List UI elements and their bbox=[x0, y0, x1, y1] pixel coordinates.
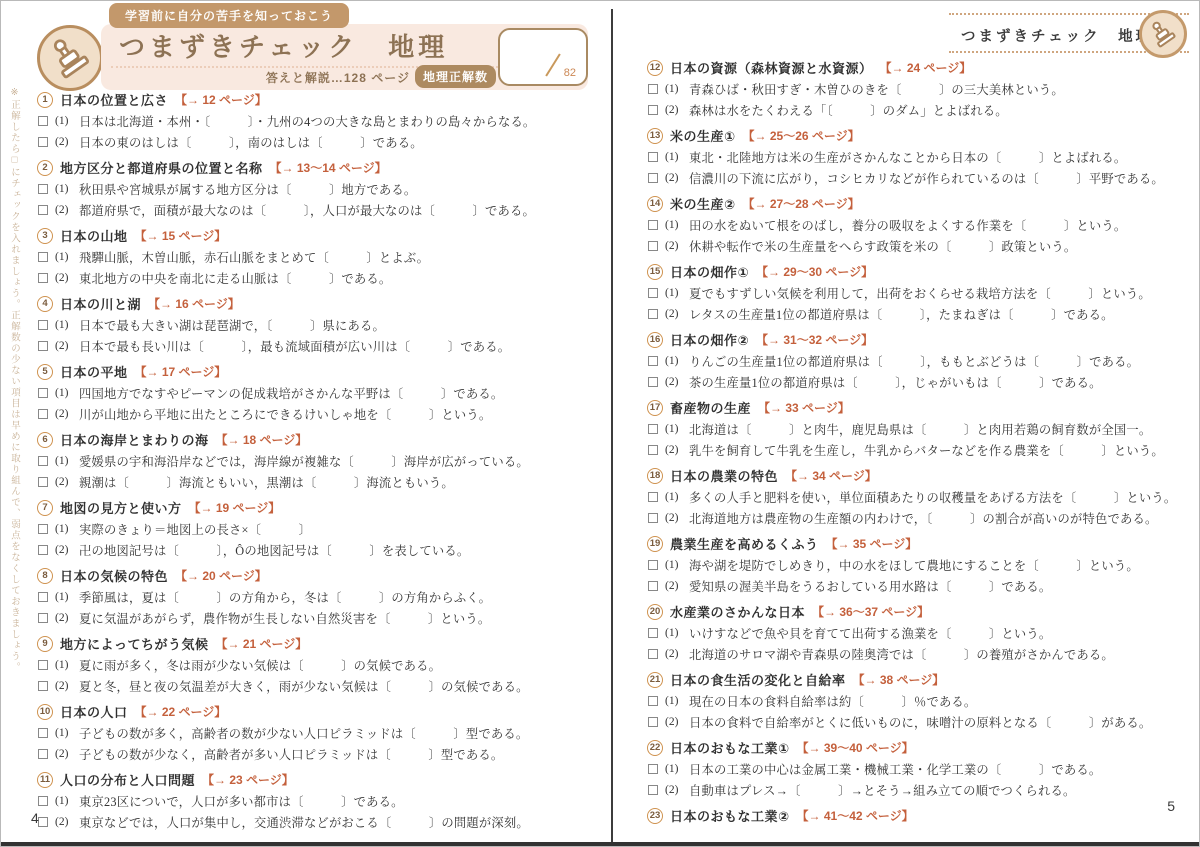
section-page-reference: 【→ 38 ページ】 bbox=[853, 671, 945, 688]
item-text: 夏に雨が多く，冬は雨が少ない気候は〔 〕の気候である。 bbox=[79, 656, 441, 674]
answer-checkbox[interactable] bbox=[648, 152, 658, 162]
answer-checkbox[interactable] bbox=[648, 356, 658, 366]
section-items: (1) 東京23区についで，人口が多い都市は〔 〕である。 (2) 東京などでは… bbox=[37, 790, 597, 832]
answer-checkbox[interactable] bbox=[38, 184, 48, 194]
item-number: (1) bbox=[55, 659, 79, 671]
section-title: 地図の見方と使い方 bbox=[60, 498, 182, 517]
section-title: 日本の山地 bbox=[60, 226, 128, 245]
page-left: ※正解したら□にチェックを入れましょう。正解数の少ない項目は早めに取り組んで、弱… bbox=[1, 1, 611, 847]
stamp-icon bbox=[37, 25, 103, 91]
question-item: (2) 日本の食料で自給率がとくに低いものに，味噌汁の原料となる〔 〕がある。 bbox=[647, 711, 1199, 732]
item-number: (1) bbox=[55, 319, 79, 331]
question-section: 13 米の生産① 【→ 25〜26 ページ】 (1) 東北・北陸地方は米の生産が… bbox=[647, 125, 1199, 188]
item-text: レタスの生産量1位の都道府県は〔 〕，たまねぎは〔 〕である。 bbox=[689, 305, 1114, 323]
item-number: (2) bbox=[55, 680, 79, 692]
section-page-reference: 【→ 31〜32 ページ】 bbox=[756, 331, 873, 348]
answer-checkbox[interactable] bbox=[648, 309, 658, 319]
section-title: 日本の海岸とまわりの海 bbox=[60, 430, 209, 449]
item-text: 東京23区についで，人口が多い都市は〔 〕である。 bbox=[79, 792, 404, 810]
section-title: 地方区分と都道府県の位置と名称 bbox=[60, 158, 263, 177]
question-section: 4 日本の川と湖 【→ 16 ページ】 (1) 日本で最も大きい湖は琵琶湖で，〔… bbox=[37, 293, 597, 356]
question-item: (1) 東京23区についで，人口が多い都市は〔 〕である。 bbox=[37, 790, 597, 811]
answer-checkbox[interactable] bbox=[648, 105, 658, 115]
section-number-badge: 9 bbox=[37, 636, 53, 652]
answer-checkbox[interactable] bbox=[38, 137, 48, 147]
section-items: (1) 海や湖を堤防でしめきり，中の水をほして農地にすることを〔 〕という。 (… bbox=[647, 554, 1199, 596]
section-page-reference: 【→ 13〜14 ページ】 bbox=[270, 159, 387, 176]
answer-checkbox[interactable] bbox=[38, 749, 48, 759]
question-list-left: 1 日本の位置と広さ 【→ 12 ページ】 (1) 日本は北海道・本州・〔 〕・… bbox=[37, 89, 597, 837]
question-item: (1) 田の水をぬいて根をのばし，養分の吸収をよくする作業を〔 〕という。 bbox=[647, 214, 1199, 235]
section-title: 日本の資源（森林資源と水資源） bbox=[670, 58, 873, 77]
item-number: (2) bbox=[55, 748, 79, 760]
answer-checkbox[interactable] bbox=[648, 424, 658, 434]
section-title: 日本の食生活の変化と自給率 bbox=[670, 670, 846, 689]
item-text: 茶の生産量1位の都道府県は〔 〕，じゃがいもは〔 〕である。 bbox=[689, 373, 1102, 391]
question-item: (1) 季節風は，夏は〔 〕の方角から，冬は〔 〕の方角からふく。 bbox=[37, 586, 597, 607]
answer-checkbox[interactable] bbox=[648, 445, 658, 455]
section-number-badge: 7 bbox=[37, 500, 53, 516]
section-items: (1) 田の水をぬいて根をのばし，養分の吸収をよくする作業を〔 〕という。 (2… bbox=[647, 214, 1199, 256]
section-items: (1) 多くの人手と肥料を使い，単位面積あたりの収穫量をあげる方法を〔 〕という… bbox=[647, 486, 1199, 528]
item-number: (2) bbox=[55, 816, 79, 828]
running-header: つまずきチェック 地理 bbox=[949, 13, 1189, 53]
question-item: (2) 子どもの数が少なく，高齢者が多い人口ピラミッドは〔 〕型である。 bbox=[37, 743, 597, 764]
question-item: (1) 夏でもすずしい気候を利用して，出荷をおくらせる栽培方法を〔 〕という。 bbox=[647, 282, 1199, 303]
answer-checkbox[interactable] bbox=[38, 660, 48, 670]
section-items: (1) 北海道は〔 〕と肉牛，鹿児島県は〔 〕と肉用若鶏の飼育数が全国一。 (2… bbox=[647, 418, 1199, 460]
question-item: (2) レタスの生産量1位の都道府県は〔 〕，たまねぎは〔 〕である。 bbox=[647, 303, 1199, 324]
section-page-reference: 【→ 33 ページ】 bbox=[758, 399, 850, 416]
item-number: (1) bbox=[55, 727, 79, 739]
question-section: 17 畜産物の生産 【→ 33 ページ】 (1) 北海道は〔 〕と肉牛，鹿児島県… bbox=[647, 397, 1199, 460]
section-title: 日本の気候の特色 bbox=[60, 566, 168, 585]
item-text: 森林は水をたくわえる「〔 〕のダム」とよばれる。 bbox=[689, 101, 1008, 119]
item-number: (2) bbox=[55, 476, 79, 488]
item-text: 秋田県や宮城県が属する地方区分は〔 〕地方である。 bbox=[79, 180, 416, 198]
section-number-badge: 23 bbox=[647, 808, 663, 824]
question-section: 6 日本の海岸とまわりの海 【→ 18 ページ】 (1) 愛媛県の宇和海沿岸など… bbox=[37, 429, 597, 492]
section-page-reference: 【→ 22 ページ】 bbox=[135, 703, 227, 720]
answer-checkbox[interactable] bbox=[38, 456, 48, 466]
item-text: 子どもの数が多く，高齢者の数が少ない人口ピラミッドは〔 〕型である。 bbox=[79, 724, 528, 742]
section-page-reference: 【→ 39〜40 ページ】 bbox=[797, 739, 914, 756]
lesson-purpose-badge: 学習前に自分の苦手を知っておこう bbox=[109, 3, 349, 28]
item-number: (1) bbox=[665, 491, 689, 503]
section-page-reference: 【→ 35 ページ】 bbox=[826, 535, 918, 552]
item-number: (1) bbox=[55, 795, 79, 807]
question-item: (1) 日本は北海道・本州・〔 〕・九州の4つの大きな島とまわりの島々からなる。 bbox=[37, 110, 597, 131]
question-item: (2) 北海道地方は農産物の生産額の内わけで，〔 〕の割合が高いのが特色である。 bbox=[647, 507, 1199, 528]
section-page-reference: 【→ 34 ページ】 bbox=[785, 467, 877, 484]
item-number: (1) bbox=[665, 423, 689, 435]
item-text: 子どもの数が少なく，高齢者が多い人口ピラミッドは〔 〕型である。 bbox=[79, 745, 503, 763]
section-title: 米の生産② bbox=[670, 194, 736, 213]
section-number-badge: 16 bbox=[647, 332, 663, 348]
section-items: (1) 日本の工業の中心は金属工業・機械工業・化学工業の〔 〕である。 (2) … bbox=[647, 758, 1199, 800]
section-items: (1) いけすなどで魚や貝を育てて出荷する漁業を〔 〕という。 (2) 北海道の… bbox=[647, 622, 1199, 664]
stamp-icon-small bbox=[1139, 10, 1187, 58]
item-text: 実際のきょり＝地図上の長さ×〔 〕 bbox=[79, 520, 311, 538]
item-text: 青森ひば・秋田すぎ・木曽ひのきを〔 〕の三大美林という。 bbox=[689, 80, 1064, 98]
item-text: 休耕や転作で米の生産量をへらす政策を米の〔 〕政策という。 bbox=[689, 237, 1076, 255]
answer-checkbox[interactable] bbox=[38, 545, 48, 555]
answer-checkbox[interactable] bbox=[648, 696, 658, 706]
item-number: (2) bbox=[665, 716, 689, 728]
answer-checkbox[interactable] bbox=[648, 628, 658, 638]
item-number: (1) bbox=[665, 627, 689, 639]
item-text: 信濃川の下流に広がり，コシヒカリなどが作られているのは〔 〕平野である。 bbox=[689, 169, 1164, 187]
answer-checkbox[interactable] bbox=[648, 581, 658, 591]
section-number-badge: 12 bbox=[647, 60, 663, 76]
item-number: (2) bbox=[55, 612, 79, 624]
section-number-badge: 5 bbox=[37, 364, 53, 380]
question-section: 10 日本の人口 【→ 22 ページ】 (1) 子どもの数が多く，高齢者の数が少… bbox=[37, 701, 597, 764]
item-text: 北海道のサロマ湖や青森県の陸奥湾では〔 〕の養殖がさかんである。 bbox=[689, 645, 1114, 663]
section-page-reference: 【→ 41〜42 ページ】 bbox=[797, 807, 914, 824]
item-text: 親潮は〔 〕海流ともいい，黒潮は〔 〕海流ともいう。 bbox=[79, 473, 454, 491]
workbook-spread: ※正解したら□にチェックを入れましょう。正解数の少ない項目は早めに取り組んで、弱… bbox=[0, 0, 1200, 847]
item-text: 季節風は，夏は〔 〕の方角から，冬は〔 〕の方角からふく。 bbox=[79, 588, 491, 606]
item-number: (1) bbox=[665, 219, 689, 231]
question-item: (2) 乳牛を飼育して牛乳を生産し，牛乳からバターなどを作る農業を〔 〕という。 bbox=[647, 439, 1199, 460]
section-items: (1) 秋田県や宮城県が属する地方区分は〔 〕地方である。 (2) 都道府県で，… bbox=[37, 178, 597, 220]
item-text: 北海道は〔 〕と肉牛，鹿児島県は〔 〕と肉用若鶏の飼育数が全国一。 bbox=[689, 420, 1151, 438]
item-text: 夏に気温があがらず，農作物が生長しない自然災害を〔 〕という。 bbox=[79, 609, 490, 627]
section-title: 人口の分布と人口問題 bbox=[60, 770, 195, 789]
section-title: 畜産物の生産 bbox=[670, 398, 751, 417]
section-page-reference: 【→ 20 ページ】 bbox=[175, 567, 267, 584]
answer-checkbox[interactable] bbox=[38, 205, 48, 215]
question-item: (2) 卍の地図記号は〔 〕，Ôの地図記号は〔 〕を表している。 bbox=[37, 539, 597, 560]
section-page-reference: 【→ 23 ページ】 bbox=[202, 771, 294, 788]
question-item: (2) 日本で最も長い川は〔 〕，最も流域面積が広い川は〔 〕である。 bbox=[37, 335, 597, 356]
section-page-reference: 【→ 21 ページ】 bbox=[216, 635, 308, 652]
question-item: (1) 青森ひば・秋田すぎ・木曽ひのきを〔 〕の三大美林という。 bbox=[647, 78, 1199, 99]
page-number-right: 5 bbox=[1167, 798, 1175, 814]
item-number: (1) bbox=[55, 455, 79, 467]
item-text: 四国地方でなすやピーマンの促成栽培がさかんな平野は〔 〕である。 bbox=[79, 384, 503, 402]
section-items: (1) 東北・北陸地方は米の生産がさかんなことから日本の〔 〕とよばれる。 (2… bbox=[647, 146, 1199, 188]
item-number: (1) bbox=[665, 355, 689, 367]
item-number: (2) bbox=[665, 512, 689, 524]
item-number: (2) bbox=[55, 340, 79, 352]
question-section: 16 日本の畑作② 【→ 31〜32 ページ】 (1) りんごの生産量1位の都道… bbox=[647, 329, 1199, 392]
section-items: (1) 夏でもすずしい気候を利用して，出荷をおくらせる栽培方法を〔 〕という。 … bbox=[647, 282, 1199, 324]
item-number: (2) bbox=[665, 648, 689, 660]
question-item: (1) 現在の日本の食料自給率は約〔 〕％である。 bbox=[647, 690, 1199, 711]
question-item: (1) 多くの人手と肥料を使い，単位面積あたりの収穫量をあげる方法を〔 〕という… bbox=[647, 486, 1199, 507]
answer-checkbox[interactable] bbox=[38, 116, 48, 126]
margin-note: ※正解したら□にチェックを入れましょう。正解数の少ない項目は早めに取り組んで、弱… bbox=[7, 87, 21, 687]
question-item: (2) 親潮は〔 〕海流ともいい，黒潮は〔 〕海流ともいう。 bbox=[37, 471, 597, 492]
item-number: (1) bbox=[665, 151, 689, 163]
question-item: (1) 秋田県や宮城県が属する地方区分は〔 〕地方である。 bbox=[37, 178, 597, 199]
question-item: (2) 川が山地から平地に出たところにできるけいしゃ地を〔 〕という。 bbox=[37, 403, 597, 424]
item-number: (1) bbox=[665, 83, 689, 95]
item-text: 東京などでは，人口が集中し，交通渋滞などがおこる〔 〕の問題が深刻。 bbox=[79, 813, 529, 831]
section-page-reference: 【→ 29〜30 ページ】 bbox=[756, 263, 873, 280]
question-list-right: 12 日本の資源（森林資源と水資源） 【→ 24 ページ】 (1) 青森ひば・秋… bbox=[647, 57, 1199, 831]
section-items: (1) 夏に雨が多く，冬は雨が少ない気候は〔 〕の気候である。 (2) 夏と冬，… bbox=[37, 654, 597, 696]
section-title: 日本の人口 bbox=[60, 702, 128, 721]
section-items: (1) 日本は北海道・本州・〔 〕・九州の4つの大きな島とまわりの島々からなる。… bbox=[37, 110, 597, 152]
answer-checkbox[interactable] bbox=[648, 220, 658, 230]
question-section: 11 人口の分布と人口問題 【→ 23 ページ】 (1) 東京23区についで，人… bbox=[37, 769, 597, 832]
question-section: 15 日本の畑作① 【→ 29〜30 ページ】 (1) 夏でもすずしい気候を利用… bbox=[647, 261, 1199, 324]
item-number: (1) bbox=[55, 387, 79, 399]
question-item: (2) 都道府県で，面積が最大なのは〔 〕，人口が最大なのは〔 〕である。 bbox=[37, 199, 597, 220]
section-page-reference: 【→ 27〜28 ページ】 bbox=[743, 195, 860, 212]
section-number-badge: 20 bbox=[647, 604, 663, 620]
question-item: (2) 休耕や転作で米の生産量をへらす政策を米の〔 〕政策という。 bbox=[647, 235, 1199, 256]
question-item: (2) 森林は水をたくわえる「〔 〕のダム」とよばれる。 bbox=[647, 99, 1199, 120]
answer-checkbox[interactable] bbox=[38, 341, 48, 351]
question-item: (1) 東北・北陸地方は米の生産がさかんなことから日本の〔 〕とよばれる。 bbox=[647, 146, 1199, 167]
section-number-badge: 19 bbox=[647, 536, 663, 552]
section-items: (1) 子どもの数が多く，高齢者の数が少ない人口ピラミッドは〔 〕型である。 (… bbox=[37, 722, 597, 764]
answer-checkbox[interactable] bbox=[38, 409, 48, 419]
section-number-badge: 2 bbox=[37, 160, 53, 176]
section-number-badge: 6 bbox=[37, 432, 53, 448]
score-total: 82 bbox=[564, 67, 576, 79]
answer-checkbox[interactable] bbox=[38, 320, 48, 330]
item-text: 現在の日本の食料自給率は約〔 〕％である。 bbox=[689, 692, 976, 710]
answer-checkbox[interactable] bbox=[38, 273, 48, 283]
item-number: (1) bbox=[665, 695, 689, 707]
section-page-reference: 【→ 19 ページ】 bbox=[189, 499, 281, 516]
item-text: 日本の工業の中心は金属工業・機械工業・化学工業の〔 〕である。 bbox=[689, 760, 1101, 778]
question-section: 9 地方によってちがう気候 【→ 21 ページ】 (1) 夏に雨が多く，冬は雨が… bbox=[37, 633, 597, 696]
answer-checkbox[interactable] bbox=[648, 764, 658, 774]
item-number: (1) bbox=[55, 251, 79, 263]
answer-checkbox[interactable] bbox=[648, 84, 658, 94]
section-items: (1) 愛媛県の宇和海沿岸などでは，海岸線が複雑な〔 〕海岸が広がっている。 (… bbox=[37, 450, 597, 492]
question-section: 19 農業生産を高めるくふう 【→ 35 ページ】 (1) 海や湖を堤防でしめき… bbox=[647, 533, 1199, 596]
question-section: 2 地方区分と都道府県の位置と名称 【→ 13〜14 ページ】 (1) 秋田県や… bbox=[37, 157, 597, 220]
section-items: (1) 飛驒山脈，木曽山脈，赤石山脈をまとめて〔 〕とよぶ。 (2) 東北地方の… bbox=[37, 246, 597, 288]
score-entry-box[interactable]: 82 bbox=[498, 28, 588, 86]
question-section: 3 日本の山地 【→ 15 ページ】 (1) 飛驒山脈，木曽山脈，赤石山脈をまと… bbox=[37, 225, 597, 288]
item-text: 田の水をぬいて根をのばし，養分の吸収をよくする作業を〔 〕という。 bbox=[689, 216, 1126, 234]
item-text: 都道府県で，面積が最大なのは〔 〕，人口が最大なのは〔 〕である。 bbox=[79, 201, 535, 219]
item-text: 日本の東のはしは〔 〕，南のはしは〔 〕である。 bbox=[79, 133, 423, 151]
answer-checkbox[interactable] bbox=[38, 477, 48, 487]
item-number: (2) bbox=[665, 580, 689, 592]
question-section: 23 日本のおもな工業② 【→ 41〜42 ページ】 bbox=[647, 805, 1199, 826]
section-number-badge: 10 bbox=[37, 704, 53, 720]
item-text: 自動車はプレス→〔 〕→とそう→組み立ての順でつくられる。 bbox=[689, 781, 1076, 799]
question-item: (2) 日本の東のはしは〔 〕，南のはしは〔 〕である。 bbox=[37, 131, 597, 152]
page-number-left: 4 bbox=[31, 810, 39, 826]
section-title: 日本の川と湖 bbox=[60, 294, 141, 313]
item-text: 東北地方の中央を南北に走る山脈は〔 〕である。 bbox=[79, 269, 391, 287]
section-title: 地方によってちがう気候 bbox=[60, 634, 209, 653]
item-text: 海や湖を堤防でしめきり，中の水をほして農地にすることを〔 〕という。 bbox=[689, 556, 1139, 574]
answer-checkbox[interactable] bbox=[38, 592, 48, 602]
page-title: つまずきチェック 地理 bbox=[119, 27, 448, 64]
item-text: 日本で最も長い川は〔 〕，最も流域面積が広い川は〔 〕である。 bbox=[79, 337, 510, 355]
question-item: (1) 日本の工業の中心は金属工業・機械工業・化学工業の〔 〕である。 bbox=[647, 758, 1199, 779]
item-number: (1) bbox=[665, 287, 689, 299]
section-page-reference: 【→ 17 ページ】 bbox=[135, 363, 227, 380]
item-text: 卍の地図記号は〔 〕，Ôの地図記号は〔 〕を表している。 bbox=[79, 541, 469, 559]
item-number: (2) bbox=[665, 444, 689, 456]
section-page-reference: 【→ 15 ページ】 bbox=[135, 227, 227, 244]
section-title: 日本の位置と広さ bbox=[60, 90, 168, 109]
question-section: 5 日本の平地 【→ 17 ページ】 (1) 四国地方でなすやピーマンの促成栽培… bbox=[37, 361, 597, 424]
section-page-reference: 【→ 36〜37 ページ】 bbox=[812, 603, 929, 620]
answer-checkbox[interactable] bbox=[38, 524, 48, 534]
question-item: (1) いけすなどで魚や貝を育てて出荷する漁業を〔 〕という。 bbox=[647, 622, 1199, 643]
item-number: (1) bbox=[665, 559, 689, 571]
section-items: (1) 四国地方でなすやピーマンの促成栽培がさかんな平野は〔 〕である。 (2)… bbox=[37, 382, 597, 424]
answer-checkbox[interactable] bbox=[648, 513, 658, 523]
question-item: (2) 愛知県の渥美半島をうるおしている用水路は〔 〕である。 bbox=[647, 575, 1199, 596]
answer-checkbox[interactable] bbox=[648, 492, 658, 502]
item-number: (1) bbox=[55, 183, 79, 195]
page-bottom-edge bbox=[1, 842, 1199, 846]
question-item: (1) 夏に雨が多く，冬は雨が少ない気候は〔 〕の気候である。 bbox=[37, 654, 597, 675]
section-title: 米の生産① bbox=[670, 126, 736, 145]
score-slash bbox=[545, 53, 560, 76]
item-number: (2) bbox=[55, 408, 79, 420]
section-title: 水産業のさかんな日本 bbox=[670, 602, 805, 621]
item-text: 愛媛県の宇和海沿岸などでは，海岸線が複雑な〔 〕海岸が広がっている。 bbox=[79, 452, 529, 470]
answer-checkbox[interactable] bbox=[38, 613, 48, 623]
section-number-badge: 15 bbox=[647, 264, 663, 280]
item-text: 飛驒山脈，木曽山脈，赤石山脈をまとめて〔 〕とよぶ。 bbox=[79, 248, 429, 266]
question-item: (1) 日本で最も大きい湖は琵琶湖で，〔 〕県にある。 bbox=[37, 314, 597, 335]
item-text: 東北・北陸地方は米の生産がさかんなことから日本の〔 〕とよばれる。 bbox=[689, 148, 1126, 166]
section-number-badge: 1 bbox=[37, 92, 53, 108]
answer-checkbox[interactable] bbox=[38, 796, 48, 806]
question-item: (1) りんごの生産量1位の都道府県は〔 〕，ももとぶどうは〔 〕である。 bbox=[647, 350, 1199, 371]
answer-checkbox[interactable] bbox=[38, 817, 48, 827]
question-item: (2) 北海道のサロマ湖や青森県の陸奥湾では〔 〕の養殖がさかんである。 bbox=[647, 643, 1199, 664]
question-item: (1) 実際のきょり＝地図上の長さ×〔 〕 bbox=[37, 518, 597, 539]
section-number-badge: 13 bbox=[647, 128, 663, 144]
section-page-reference: 【→ 18 ページ】 bbox=[216, 431, 308, 448]
item-number: (1) bbox=[55, 115, 79, 127]
question-item: (2) 信濃川の下流に広がり，コシヒカリなどが作られているのは〔 〕平野である。 bbox=[647, 167, 1199, 188]
answer-checkbox[interactable] bbox=[38, 681, 48, 691]
item-text: 愛知県の渥美半島をうるおしている用水路は〔 〕である。 bbox=[689, 577, 1051, 595]
section-number-badge: 3 bbox=[37, 228, 53, 244]
answer-checkbox[interactable] bbox=[38, 252, 48, 262]
item-text: いけすなどで魚や貝を育てて出荷する漁業を〔 〕という。 bbox=[689, 624, 1051, 642]
section-number-badge: 17 bbox=[647, 400, 663, 416]
question-item: (1) 飛驒山脈，木曽山脈，赤石山脈をまとめて〔 〕とよぶ。 bbox=[37, 246, 597, 267]
question-section: 21 日本の食生活の変化と自給率 【→ 38 ページ】 (1) 現在の日本の食料… bbox=[647, 669, 1199, 732]
section-title: 日本の畑作② bbox=[670, 330, 749, 349]
item-text: 日本は北海道・本州・〔 〕・九州の4つの大きな島とまわりの島々からなる。 bbox=[79, 112, 535, 130]
question-item: (2) 茶の生産量1位の都道府県は〔 〕，じゃがいもは〔 〕である。 bbox=[647, 371, 1199, 392]
item-number: (2) bbox=[665, 784, 689, 796]
question-item: (2) 自動車はプレス→〔 〕→とそう→組み立ての順でつくられる。 bbox=[647, 779, 1199, 800]
question-section: 20 水産業のさかんな日本 【→ 36〜37 ページ】 (1) いけすなどで魚や… bbox=[647, 601, 1199, 664]
section-number-badge: 14 bbox=[647, 196, 663, 212]
question-section: 12 日本の資源（森林資源と水資源） 【→ 24 ページ】 (1) 青森ひば・秋… bbox=[647, 57, 1199, 120]
question-item: (2) 夏と冬，昼と夜の気温差が大きく，雨が少ない気候は〔 〕の気候である。 bbox=[37, 675, 597, 696]
question-item: (2) 夏に気温があがらず，農作物が生長しない自然災害を〔 〕という。 bbox=[37, 607, 597, 628]
section-items: (1) 季節風は，夏は〔 〕の方角から，冬は〔 〕の方角からふく。 (2) 夏に… bbox=[37, 586, 597, 628]
item-number: (1) bbox=[665, 763, 689, 775]
question-section: 18 日本の農業の特色 【→ 34 ページ】 (1) 多くの人手と肥料を使い，単… bbox=[647, 465, 1199, 528]
answer-checkbox[interactable] bbox=[648, 717, 658, 727]
question-section: 14 米の生産② 【→ 27〜28 ページ】 (1) 田の水をぬいて根をのばし，… bbox=[647, 193, 1199, 256]
section-items: (1) 現在の日本の食料自給率は約〔 〕％である。 (2) 日本の食料で自給率が… bbox=[647, 690, 1199, 732]
section-page-reference: 【→ 16 ページ】 bbox=[148, 295, 240, 312]
section-page-reference: 【→ 25〜26 ページ】 bbox=[743, 127, 860, 144]
question-item: (1) 北海道は〔 〕と肉牛，鹿児島県は〔 〕と肉用若鶏の飼育数が全国一。 bbox=[647, 418, 1199, 439]
page-right: つまずきチェック 地理 12 日本の資源（森林資源と水資源） 【→ 24 ページ… bbox=[613, 1, 1200, 847]
question-section: 1 日本の位置と広さ 【→ 12 ページ】 (1) 日本は北海道・本州・〔 〕・… bbox=[37, 89, 597, 152]
answer-checkbox[interactable] bbox=[648, 649, 658, 659]
section-title: 日本のおもな工業① bbox=[670, 738, 790, 757]
answer-checkbox[interactable] bbox=[648, 173, 658, 183]
answer-checkbox[interactable] bbox=[648, 377, 658, 387]
section-title: 日本の畑作① bbox=[670, 262, 749, 281]
question-item: (1) 海や湖を堤防でしめきり，中の水をほして農地にすることを〔 〕という。 bbox=[647, 554, 1199, 575]
item-number: (2) bbox=[55, 136, 79, 148]
question-item: (2) 東北地方の中央を南北に走る山脈は〔 〕である。 bbox=[37, 267, 597, 288]
section-number-badge: 21 bbox=[647, 672, 663, 688]
item-number: (2) bbox=[55, 272, 79, 284]
answer-checkbox[interactable] bbox=[648, 560, 658, 570]
question-section: 22 日本のおもな工業① 【→ 39〜40 ページ】 (1) 日本の工業の中心は… bbox=[647, 737, 1199, 800]
item-number: (2) bbox=[665, 240, 689, 252]
title-banner: つまずきチェック 地理 答えと解説…128 ページ 地理正解数 82 bbox=[101, 24, 588, 90]
item-text: 夏と冬，昼と夜の気温差が大きく，雨が少ない気候は〔 〕の気候である。 bbox=[79, 677, 529, 695]
item-text: りんごの生産量1位の都道府県は〔 〕，ももとぶどうは〔 〕である。 bbox=[689, 352, 1139, 370]
item-number: (2) bbox=[55, 544, 79, 556]
section-number-badge: 8 bbox=[37, 568, 53, 584]
item-text: 川が山地から平地に出たところにできるけいしゃ地を〔 〕という。 bbox=[79, 405, 491, 423]
section-page-reference: 【→ 24 ページ】 bbox=[880, 59, 972, 76]
section-title: 農業生産を高めるくふう bbox=[670, 534, 819, 553]
answer-checkbox[interactable] bbox=[38, 388, 48, 398]
question-item: (2) 東京などでは，人口が集中し，交通渋滞などがおこる〔 〕の問題が深刻。 bbox=[37, 811, 597, 832]
item-text: 日本の食料で自給率がとくに低いものに，味噌汁の原料となる〔 〕がある。 bbox=[689, 713, 1151, 731]
item-text: 日本で最も大きい湖は琵琶湖で，〔 〕県にある。 bbox=[79, 316, 385, 334]
answer-reference: 答えと解説…128 ページ bbox=[266, 69, 410, 86]
item-number: (1) bbox=[55, 591, 79, 603]
section-number-badge: 18 bbox=[647, 468, 663, 484]
section-items: (1) りんごの生産量1位の都道府県は〔 〕，ももとぶどうは〔 〕である。 (2… bbox=[647, 350, 1199, 392]
item-text: 乳牛を飼育して牛乳を生産し，牛乳からバターなどを作る農業を〔 〕という。 bbox=[689, 441, 1164, 459]
item-number: (2) bbox=[665, 104, 689, 116]
question-item: (1) 子どもの数が多く，高齢者の数が少ない人口ピラミッドは〔 〕型である。 bbox=[37, 722, 597, 743]
answer-checkbox[interactable] bbox=[648, 785, 658, 795]
question-section: 8 日本の気候の特色 【→ 20 ページ】 (1) 季節風は，夏は〔 〕の方角か… bbox=[37, 565, 597, 628]
section-number-badge: 22 bbox=[647, 740, 663, 756]
item-number: (1) bbox=[55, 523, 79, 535]
answer-checkbox[interactable] bbox=[38, 728, 48, 738]
section-title: 日本の農業の特色 bbox=[670, 466, 778, 485]
answer-checkbox[interactable] bbox=[648, 288, 658, 298]
item-text: 多くの人手と肥料を使い，単位面積あたりの収穫量をあげる方法を〔 〕という。 bbox=[689, 488, 1176, 506]
question-section: 7 地図の見方と使い方 【→ 19 ページ】 (1) 実際のきょり＝地図上の長さ… bbox=[37, 497, 597, 560]
section-title: 日本のおもな工業② bbox=[670, 806, 790, 825]
question-item: (1) 四国地方でなすやピーマンの促成栽培がさかんな平野は〔 〕である。 bbox=[37, 382, 597, 403]
item-number: (2) bbox=[665, 172, 689, 184]
section-items: (1) 実際のきょり＝地図上の長さ×〔 〕 (2) 卍の地図記号は〔 〕，Ôの地… bbox=[37, 518, 597, 560]
item-number: (2) bbox=[55, 204, 79, 216]
score-label-badge: 地理正解数 bbox=[415, 65, 496, 88]
answer-checkbox[interactable] bbox=[648, 241, 658, 251]
question-item: (1) 愛媛県の宇和海沿岸などでは，海岸線が複雑な〔 〕海岸が広がっている。 bbox=[37, 450, 597, 471]
